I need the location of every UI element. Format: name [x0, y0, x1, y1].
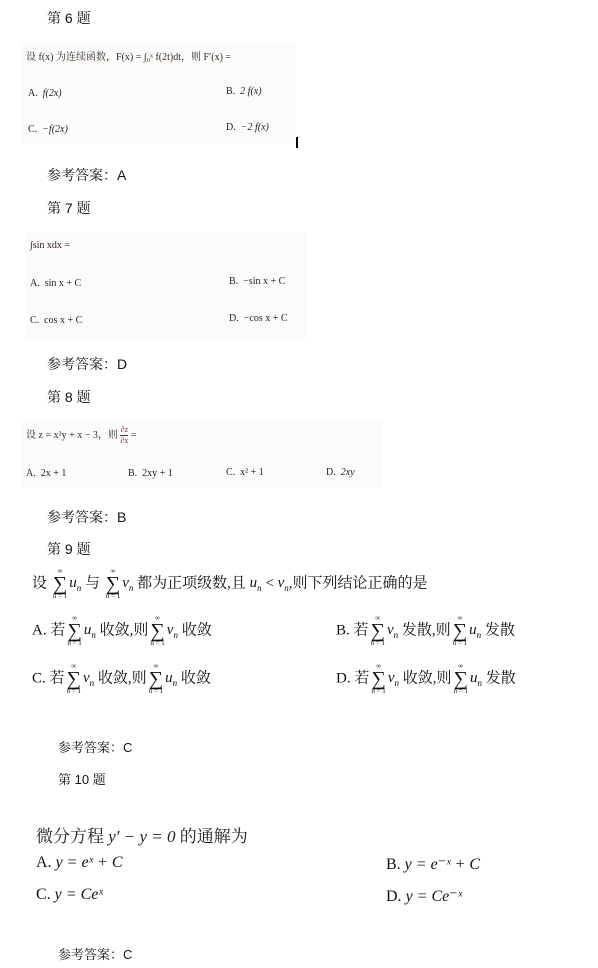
question-7-option-d: D. −cos x + C — [229, 313, 288, 324]
question-7-stem: ∫sin xdx = — [30, 240, 70, 251]
question-8-answer: 参考答案：B — [47, 507, 126, 527]
question-8-option-d: D. 2xy — [326, 467, 355, 478]
question-7-option-b: B. −sin x + C — [229, 276, 285, 287]
question-10-option-a: A. y = eˣ + C — [36, 854, 123, 872]
question-8-option-a: A. 2x + 1 — [26, 468, 66, 479]
question-6-option-b: B. 2 f(x) — [226, 86, 262, 97]
question-7-title: 第 7 题 — [47, 198, 91, 218]
question-9-answer: 参考答案：C — [58, 737, 132, 756]
question-9-title: 第 9 题 — [47, 539, 91, 559]
question-9-option-d: D. 若∞∑n = 1vn 收敛,则∞∑n = 1un 发散 — [336, 663, 516, 695]
question-8-stem: 设 z = x²y + x − 3，则 ∂z∂x = — [26, 426, 136, 445]
question-9-stem: 设 ∞∑n = 1un 与 ∞∑n = 1vn 都为正项级数,且 un < vn… — [32, 568, 428, 600]
question-7-answer: 参考答案：D — [47, 354, 127, 374]
question-6-answer: 参考答案：A — [47, 165, 126, 185]
question-10-answer: 参考答案：C — [58, 944, 132, 963]
question-10-option-b: B. y = e⁻ˣ + C — [386, 854, 480, 874]
question-9-option-b: B. 若∞∑n = 1vn 发散,则∞∑n = 1un 发散 — [336, 615, 515, 647]
question-10-option-c: C. y = Ceˣ — [36, 886, 103, 904]
question-7-image: ∫sin xdx = A. sin x + C B. −sin x + C C.… — [26, 232, 306, 338]
question-8-image: 设 z = x²y + x − 3，则 ∂z∂x = A. 2x + 1 B. … — [22, 420, 382, 488]
text-cursor — [296, 137, 298, 148]
question-10-stem: 微分方程 y′ − y = 0 的通解为 — [36, 822, 248, 847]
question-9-option-a: A. 若∞∑n = 1un 收敛,则∞∑n = 1vn 收敛 — [32, 615, 212, 647]
question-9-option-c: C. 若∞∑n = 1vn 收敛,则∞∑n = 1un 收敛 — [32, 663, 211, 695]
question-10-title: 第 10 题 — [58, 769, 106, 788]
question-8-option-b: B. 2xy + 1 — [128, 468, 173, 479]
question-6-stem: 设 f(x) 为连续函数，F(x) = ∫₀ˣ f(2t)dt，则 F′(x) … — [26, 48, 231, 63]
question-6-image: 设 f(x) 为连续函数，F(x) = ∫₀ˣ f(2t)dt，则 F′(x) … — [22, 42, 296, 144]
question-6-option-d: D. −2 f(x) — [226, 122, 269, 133]
question-7-option-c: C. cos x + C — [30, 315, 82, 326]
question-8-option-c: C. x² + 1 — [226, 467, 264, 478]
question-6-option-c: C. −f(2x) — [28, 124, 68, 135]
question-6-title: 第 6 题 — [47, 8, 91, 28]
question-10-option-d: D. y = Ce⁻ˣ — [386, 886, 462, 906]
question-7-option-a: A. sin x + C — [30, 278, 81, 289]
question-8-title: 第 8 题 — [47, 387, 91, 407]
question-6-option-a: A. f(2x) — [28, 88, 62, 99]
